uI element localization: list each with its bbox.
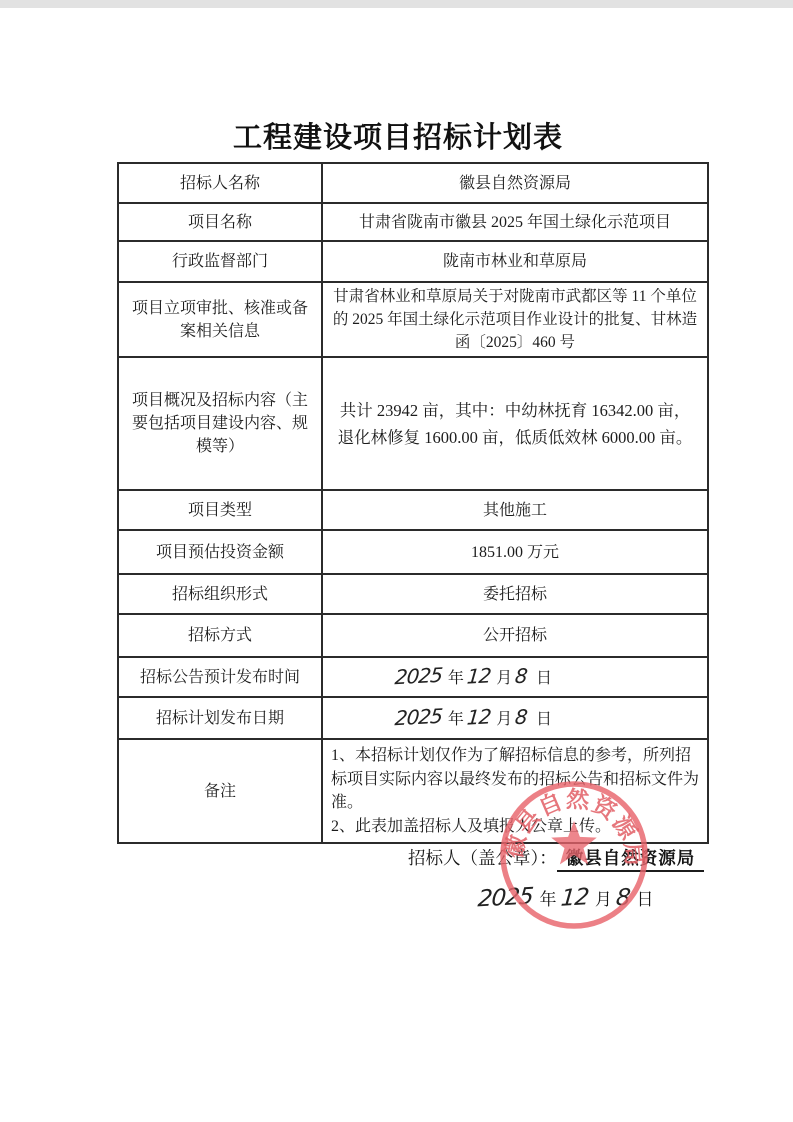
handwritten-month: 12 (466, 664, 492, 688)
scan-edge-strip (0, 0, 793, 8)
row-label-bidding-method: 招标方式 (118, 614, 322, 657)
remark-item-2: 2、此表加盖招标人及填报人公章上传。 (331, 815, 699, 839)
table-row: 招标计划发布日期 2025年12月8日 (118, 697, 708, 739)
handwritten-day: 8 (615, 885, 631, 912)
handwritten-year: 2025 (394, 663, 443, 688)
remark-item-1: 1、本招标计划仅作为了解招标信息的参考，所列招标项目实际内容以最终发布的招标公告… (331, 744, 699, 815)
table-row: 招标组织形式 委托招标 (118, 574, 708, 614)
day-unit-label: 日 (536, 667, 552, 690)
row-label-project-name: 项目名称 (118, 203, 322, 241)
row-value-approval-info: 甘肃省林业和草原局关于对陇南市武都区等 11 个单位的 2025 年国土绿化示范… (322, 282, 708, 357)
row-label-estimated-investment: 项目预估投资金额 (118, 530, 322, 574)
row-label-organization-form: 招标组织形式 (118, 574, 322, 614)
row-label-supervision-dept: 行政监督部门 (118, 241, 322, 282)
row-value-organization-form: 委托招标 (322, 574, 708, 614)
month-unit-label: 月 (496, 708, 512, 731)
month-unit-label: 月 (595, 885, 612, 910)
row-value-supervision-dept: 陇南市林业和草原局 (322, 241, 708, 282)
row-value-remarks: 1、本招标计划仅作为了解招标信息的参考，所列招标项目实际内容以最终发布的招标公告… (322, 739, 708, 843)
day-unit-label: 日 (636, 885, 653, 910)
row-value-project-type: 其他施工 (322, 490, 708, 530)
handwritten-year: 2025 (477, 884, 534, 913)
table-row: 项目概况及招标内容（主要包括项目建设内容、规模等） 共计 23942 亩，其中：… (118, 357, 708, 490)
table-row: 招标人名称 徽县自然资源局 (118, 163, 708, 203)
issuer-signature-line: 招标人（盖公章）：徽县自然资源局 (408, 845, 704, 870)
row-value-project-name: 甘肃省陇南市徽县 2025 年国土绿化示范项目 (322, 203, 708, 241)
handwritten-month: 12 (466, 705, 492, 729)
table-row: 备注 1、本招标计划仅作为了解招标信息的参考，所列招标项目实际内容以最终发布的招… (118, 739, 708, 843)
row-value-bidder-name: 徽县自然资源局 (322, 163, 708, 203)
row-label-plan-publish-date: 招标计划发布日期 (118, 697, 322, 739)
table-row: 项目立项审批、核准或备案相关信息 甘肃省林业和草原局关于对陇南市武都区等 11 … (118, 282, 708, 357)
row-label-announcement-date: 招标公告预计发布时间 (118, 657, 322, 697)
row-label-project-type: 项目类型 (118, 490, 322, 530)
table-row: 行政监督部门 陇南市林业和草原局 (118, 241, 708, 282)
table-row: 招标方式 公开招标 (118, 614, 708, 657)
table-row: 项目类型 其他施工 (118, 490, 708, 530)
handwritten-year: 2025 (394, 704, 443, 729)
row-label-approval-info: 项目立项审批、核准或备案相关信息 (118, 282, 322, 357)
month-unit-label: 月 (496, 667, 512, 690)
row-label-bidder-name: 招标人名称 (118, 163, 322, 203)
handwritten-day: 8 (514, 705, 528, 729)
issuer-name: 徽县自然资源局 (557, 848, 705, 872)
row-value-plan-publish-date: 2025年12月8日 (322, 697, 708, 739)
row-label-remarks: 备注 (118, 739, 322, 843)
handwritten-date: 2025年12月8日 (395, 706, 555, 731)
bidding-plan-table: 招标人名称 徽县自然资源局 项目名称 甘肃省陇南市徽县 2025 年国土绿化示范… (117, 162, 709, 844)
page-title: 工程建设项目招标计划表 (117, 115, 679, 156)
footer-signature-date: 2025年12月8日 (478, 885, 657, 911)
row-value-announcement-date: 2025年12月8日 (322, 657, 708, 697)
year-unit-label: 年 (448, 708, 464, 731)
year-unit-label: 年 (540, 885, 557, 910)
row-value-project-overview: 共计 23942 亩，其中：中幼林抚育 16342.00 亩，退化林修复 160… (322, 357, 708, 490)
handwritten-day: 8 (514, 664, 528, 688)
issuer-label: 招标人（盖公章）： (408, 848, 557, 868)
row-value-bidding-method: 公开招标 (322, 614, 708, 657)
year-unit-label: 年 (448, 667, 464, 690)
row-label-project-overview: 项目概况及招标内容（主要包括项目建设内容、规模等） (118, 357, 322, 490)
table-row: 项目预估投资金额 1851.00 万元 (118, 530, 708, 574)
table-row: 招标公告预计发布时间 2025年12月8日 (118, 657, 708, 697)
handwritten-date: 2025年12月8日 (395, 665, 555, 690)
handwritten-month: 12 (559, 884, 589, 911)
day-unit-label: 日 (536, 708, 552, 731)
row-value-estimated-investment: 1851.00 万元 (322, 530, 708, 574)
table-row: 项目名称 甘肃省陇南市徽县 2025 年国土绿化示范项目 (118, 203, 708, 241)
